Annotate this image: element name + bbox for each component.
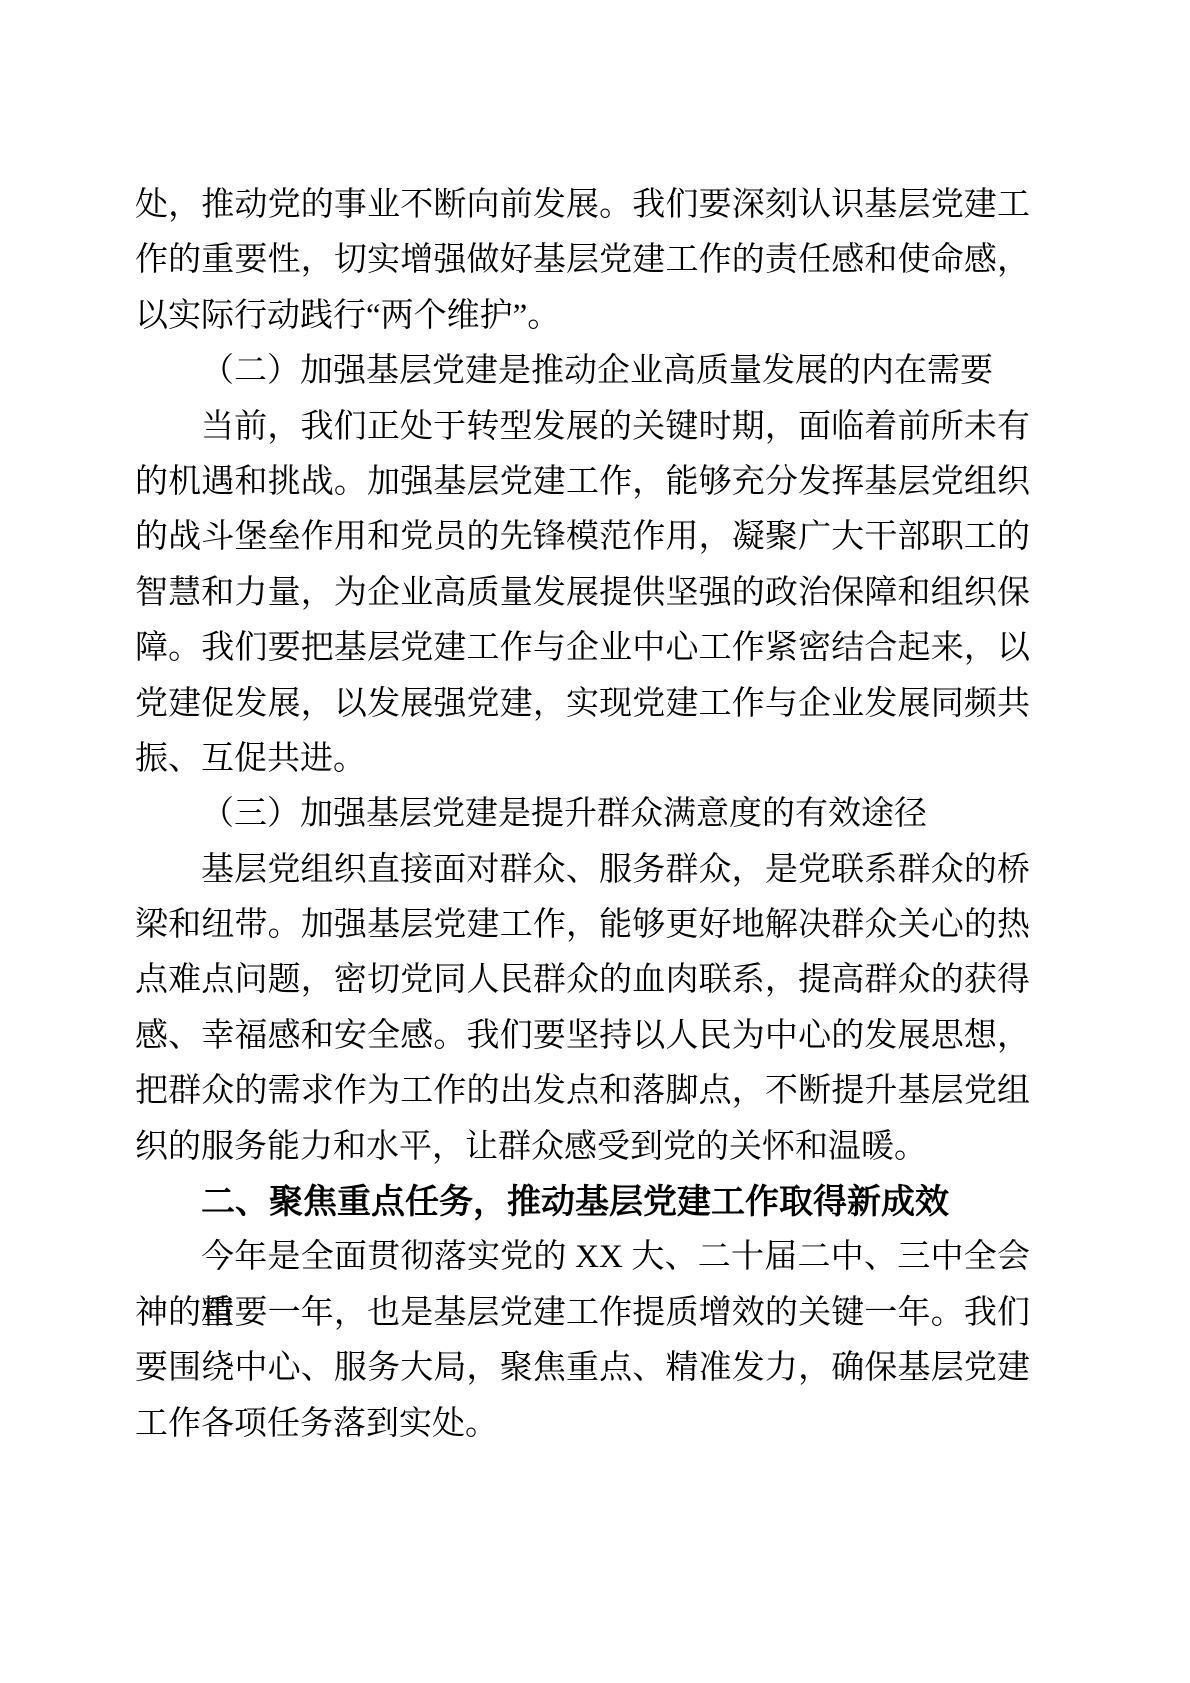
- text-line: 党建促发展，以发展强党建，实现党建工作与企业发展同频共: [135, 677, 1030, 732]
- document-body: 处，推动党的事业不断向前发展。我们要深刻认识基层党建工作的重要性，切实增强做好基…: [135, 178, 1030, 1452]
- document-page: 处，推动党的事业不断向前发展。我们要深刻认识基层党建工作的重要性，切实增强做好基…: [0, 0, 1190, 1683]
- text-line: 工作各项任务落到实处。: [135, 1397, 1030, 1452]
- text-line: 今年是全面贯彻落实党的 XX 大、二十届二中、三中全会精: [135, 1230, 1030, 1285]
- text-line: 梁和纽带。加强基层党建工作，能够更好地解决群众关心的热: [135, 898, 1030, 953]
- section-heading: 二、聚焦重点任务，推动基层党建工作取得新成效: [135, 1175, 1030, 1230]
- text-line: 感、幸福感和安全感。我们要坚持以人民为中心的发展思想，: [135, 1009, 1030, 1064]
- text-line: 当前，我们正处于转型发展的关键时期，面临着前所未有: [135, 400, 1030, 455]
- paragraph: 今年是全面贯彻落实党的 XX 大、二十届二中、三中全会精神的重要一年，也是基层党…: [135, 1230, 1030, 1452]
- text-line: 基层党组织直接面对群众、服务群众，是党联系群众的桥: [135, 843, 1030, 898]
- text-line: 要围绕中心、服务大局，聚焦重点、精准发力，确保基层党建: [135, 1341, 1030, 1396]
- text-line: 处，推动党的事业不断向前发展。我们要深刻认识基层党建工: [135, 178, 1030, 233]
- text-line: 障。我们要把基层党建工作与企业中心工作紧密结合起来，以: [135, 621, 1030, 676]
- text-line: 智慧和力量，为企业高质量发展提供坚强的政治保障和组织保: [135, 566, 1030, 621]
- text-line: 点难点问题，密切党同人民群众的血肉联系，提高群众的获得: [135, 953, 1030, 1008]
- text-line: 织的服务能力和水平，让群众感受到党的关怀和温暖。: [135, 1120, 1030, 1175]
- paragraph: 当前，我们正处于转型发展的关键时期，面临着前所未有的机遇和挑战。加强基层党建工作…: [135, 400, 1030, 788]
- text-line: 振、互促共进。: [135, 732, 1030, 787]
- text-line: 作的重要性，切实增强做好基层党建工作的责任感和使命感，: [135, 233, 1030, 288]
- text-line: （三）加强基层党建是提升群众满意度的有效途径: [135, 787, 1030, 842]
- paragraph: 处，推动党的事业不断向前发展。我们要深刻认识基层党建工作的重要性，切实增强做好基…: [135, 178, 1030, 344]
- subsection-heading: （二）加强基层党建是推动企业高质量发展的内在需要: [135, 344, 1030, 399]
- text-line: 以实际行动践行“两个维护”。: [135, 289, 1030, 344]
- paragraph: 基层党组织直接面对群众、服务群众，是党联系群众的桥梁和纽带。加强基层党建工作，能…: [135, 843, 1030, 1175]
- text-line: 的战斗堡垒作用和党员的先锋模范作用，凝聚广大干部职工的: [135, 510, 1030, 565]
- subsection-heading: （三）加强基层党建是提升群众满意度的有效途径: [135, 787, 1030, 842]
- text-line: 神的重要一年，也是基层党建工作提质增效的关键一年。我们: [135, 1286, 1030, 1341]
- text-line: 把群众的需求作为工作的出发点和落脚点，不断提升基层党组: [135, 1064, 1030, 1119]
- text-line: （二）加强基层党建是推动企业高质量发展的内在需要: [135, 344, 1030, 399]
- text-line: 二、聚焦重点任务，推动基层党建工作取得新成效: [135, 1175, 1030, 1230]
- text-line: 的机遇和挑战。加强基层党建工作，能够充分发挥基层党组织: [135, 455, 1030, 510]
